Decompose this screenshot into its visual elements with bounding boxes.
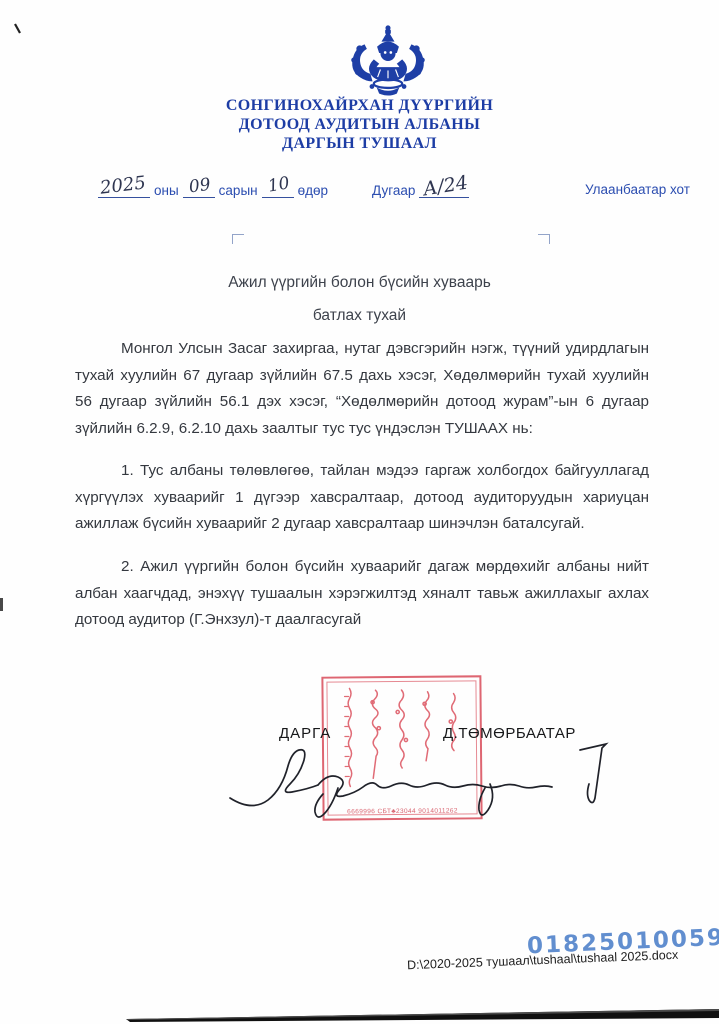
order-item-1-text: 1. Тус албаны төлөвлөгөө, тайлан мэдээ г… [75,458,649,538]
day-blank: 10 [262,182,294,198]
location-label: Улаанбаатар хот [585,182,690,197]
district-emblem-icon [336,22,440,100]
date-number-line: 2025оны09сарын10өдөр ДугаарА/24 Улаанбаа… [0,160,719,208]
title-corner-mark-left [232,234,244,244]
title-line1: Ажил үүргийн болон бүсийн хуваарь [0,266,719,299]
signature-ink [228,726,628,818]
org-header: СОНГИНОХАЙРХАН ДҮҮРГИЙН ДОТООД АУДИТЫН А… [0,96,719,153]
scan-speck-topleft [13,23,22,34]
org-name-line2: ДОТООД АУДИТЫН АЛБАНЫ [0,115,719,134]
handwritten-day: 10 [266,173,291,196]
order-item-2-text: 2. Ажил үүргийн болон бүсийн хуваарийг д… [75,554,649,634]
scan-speck-leftedge [0,598,3,611]
doc-type-line: ДАРГЫН ТУШААЛ [0,134,719,153]
scan-edge-artifact [0,1006,719,1024]
date-group: 2025оны09сарын10өдөр [98,182,332,198]
year-blank: 2025 [98,182,150,198]
number-blank: А/24 [419,182,469,198]
preamble-paragraph: Монгол Улсын Засаг захиргаа, нутаг дэвсг… [75,336,649,442]
document-title: Ажил үүргийн болон бүсийн хуваарь батлах… [0,266,719,332]
scanned-order-document: СОНГИНОХАЙРХАН ДҮҮРГИЙН ДОТООД АУДИТЫН А… [0,0,719,1024]
number-label: Дугаар [372,183,415,198]
handwritten-number: А/24 [422,172,470,201]
handwritten-year: 2025 [99,172,147,198]
year-label: оны [154,183,179,198]
handwritten-month: 09 [187,175,211,198]
order-item-2: 2. Ажил үүргийн болон бүсийн хуваарийг д… [75,554,649,634]
order-item-1: 1. Тус албаны төлөвлөгөө, тайлан мэдээ г… [75,458,649,538]
org-name-line1: СОНГИНОХАЙРХАН ДҮҮРГИЙН [0,96,719,115]
title-corner-mark-right [538,234,550,244]
month-blank: 09 [183,182,215,198]
preamble-text: Монгол Улсын Засаг захиргаа, нутаг дэвсг… [75,336,649,442]
title-line2: батлах тухай [0,299,719,332]
month-label: сарын [219,183,258,198]
day-label: өдөр [298,183,328,198]
number-group: ДугаарА/24 [368,182,469,198]
